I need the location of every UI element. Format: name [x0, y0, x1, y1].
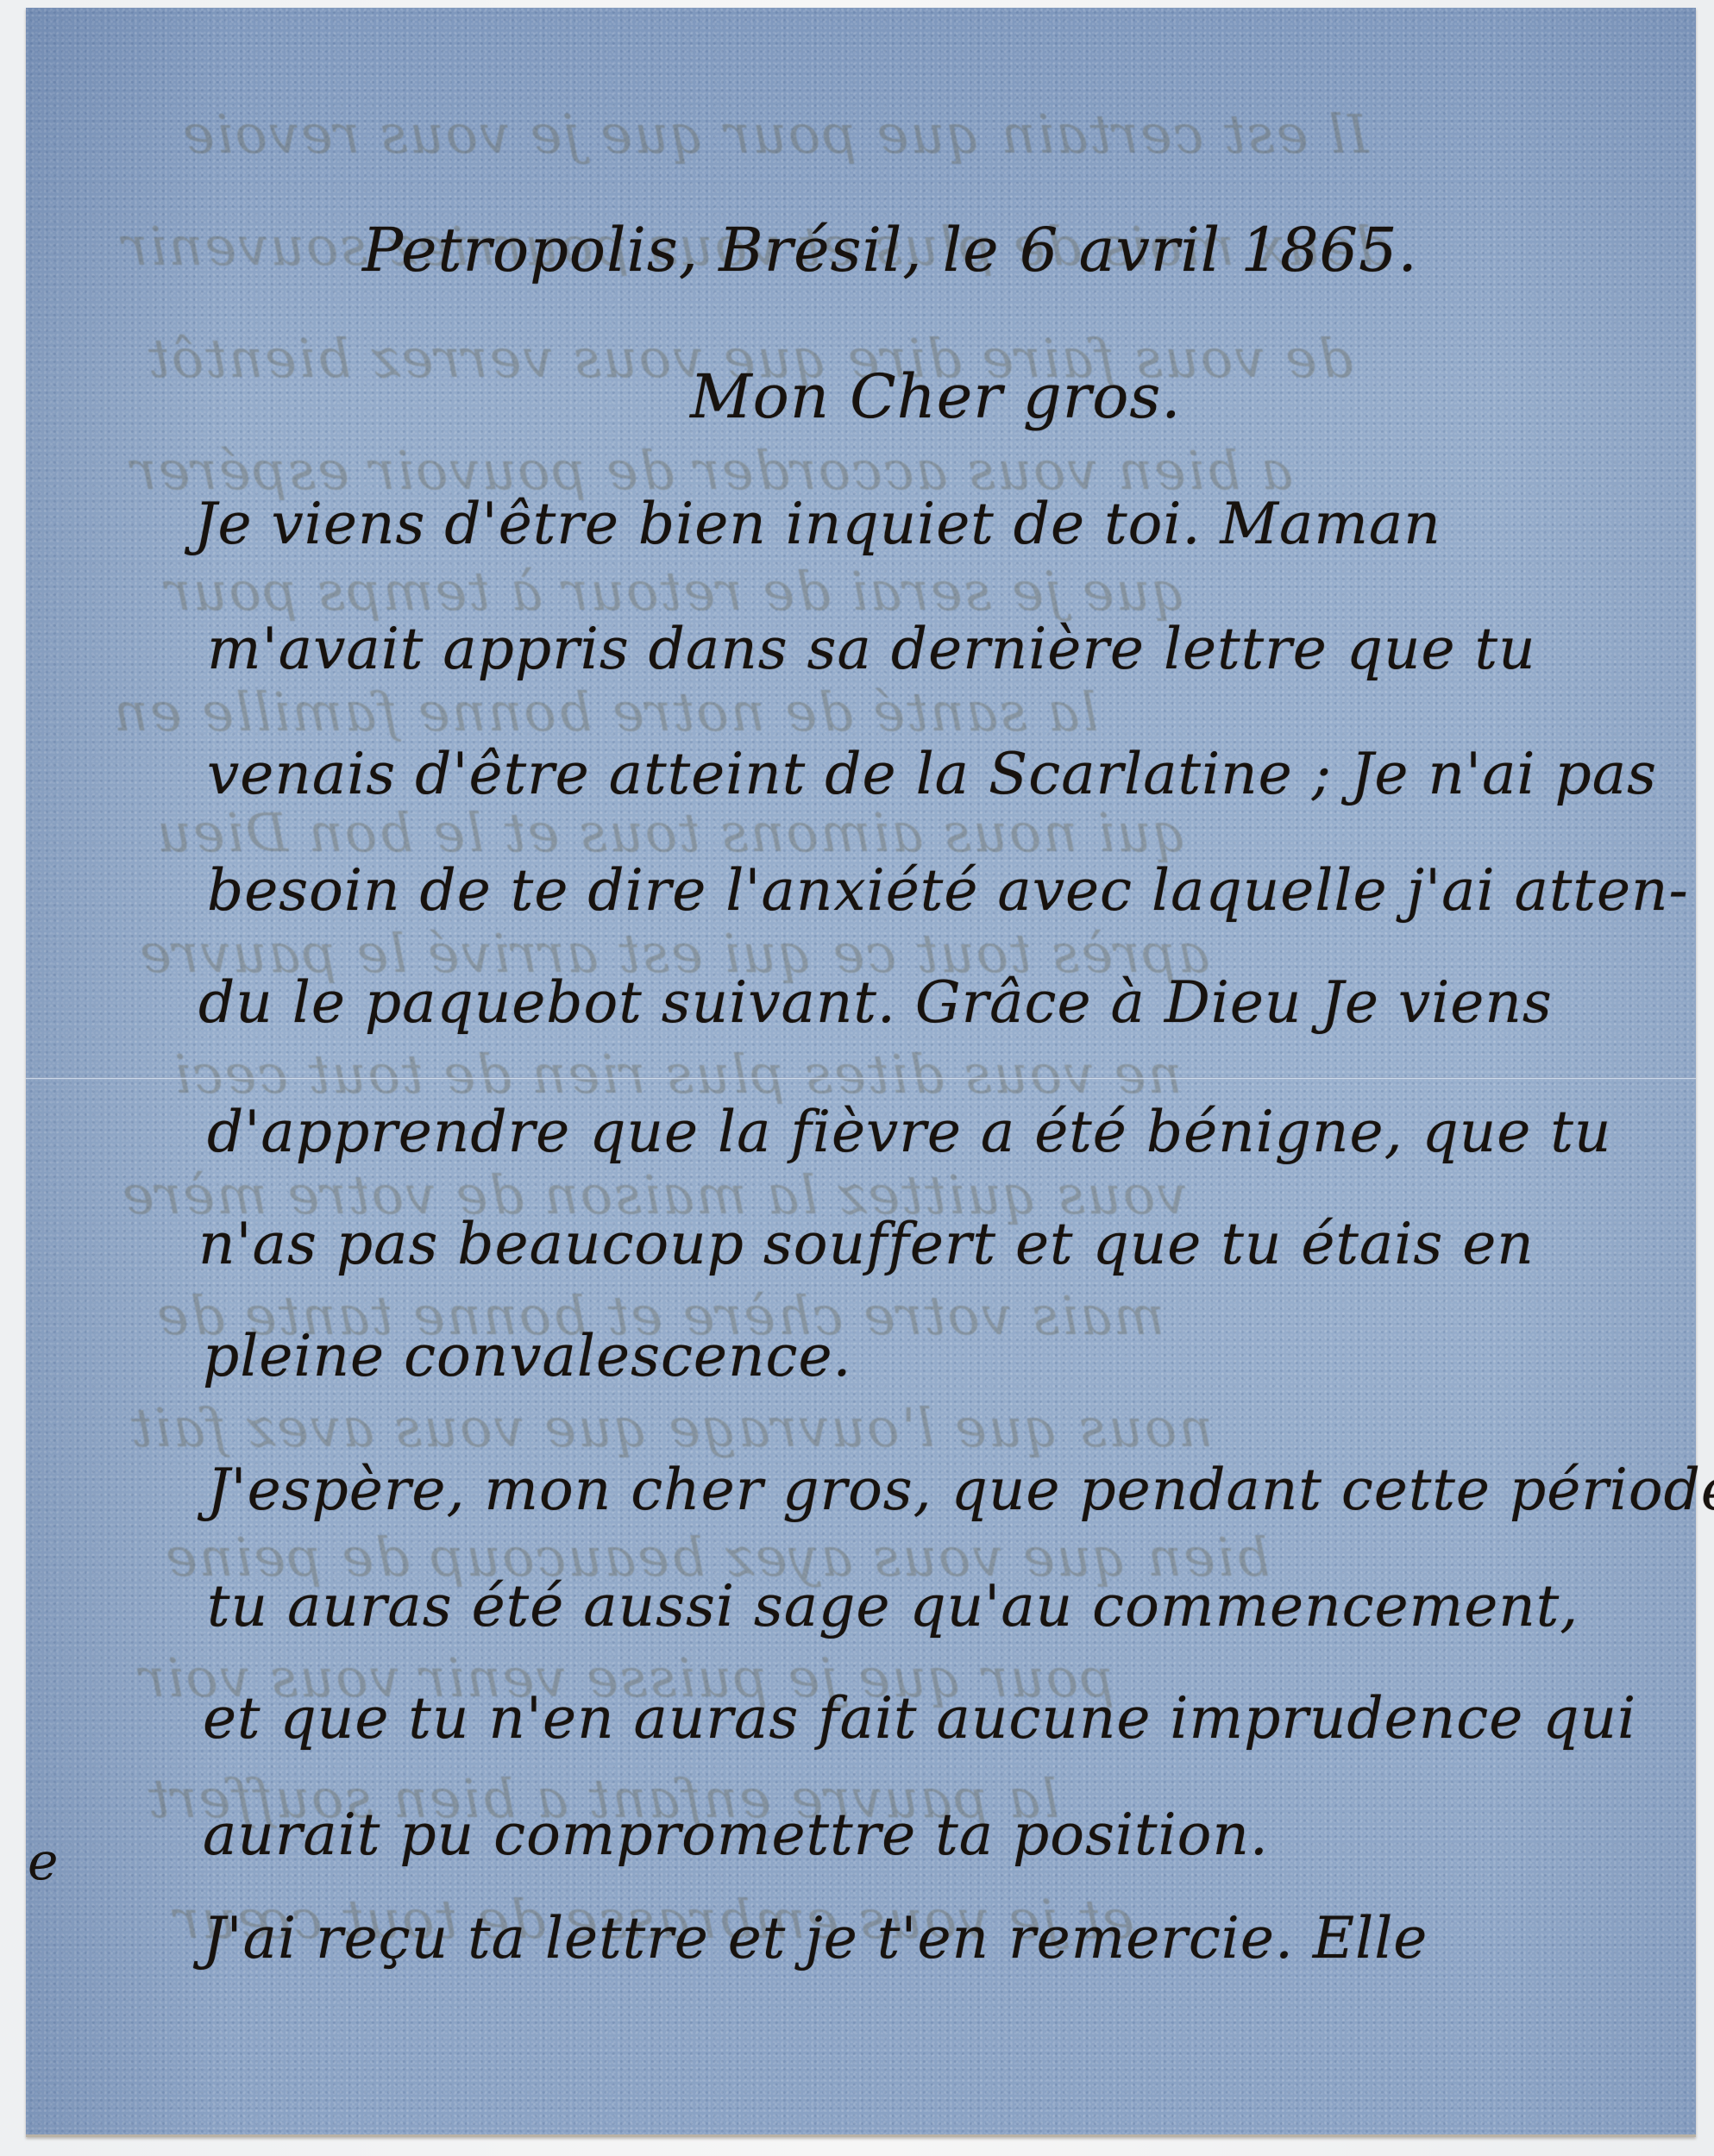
letter-line: J'ai reçu ta lettre et je t'en remercie.… — [203, 1905, 1428, 1971]
letter-line: d'apprendre que la fièvre a été bénigne,… — [207, 1099, 1611, 1165]
paper-fold-line — [26, 1077, 1696, 1080]
letter-line: aurait pu compromettre ta position. — [203, 1802, 1269, 1868]
bleed-through-text: Il est certain que pour que je vous revo… — [181, 103, 1369, 166]
margin-ink-mark: e — [28, 1832, 59, 1892]
letter-line: venais d'être atteint de la Scarlatine ;… — [207, 741, 1657, 807]
bleed-through-text: nous que l'ouvrage que vous avez fait — [129, 1396, 1213, 1459]
letter-line: besoin de te dire l'anxiété avec laquell… — [207, 857, 1689, 924]
letter-line: tu auras été aussi sage qu'au commenceme… — [207, 1573, 1579, 1639]
letter-line: pleine convalescence. — [203, 1323, 851, 1389]
letter-line: m'avait appris dans sa dernière lettre q… — [207, 616, 1536, 682]
scan-background: Il est certain que pour que je vous revo… — [0, 0, 1714, 2156]
letter-salutation: Mon Cher gros. — [690, 361, 1182, 432]
letter-heading-place-date: Petropolis, Brésil, le 6 avril 1865. — [362, 215, 1418, 285]
bleed-through-text: que je serai de retour à temps pour — [164, 560, 1186, 623]
letter-line: et que tu n'en auras fait aucune imprude… — [203, 1685, 1636, 1752]
letter-line: n'as pas beaucoup souffert et que tu éta… — [198, 1211, 1535, 1277]
letter-sheet: Il est certain que pour que je vous revo… — [26, 8, 1696, 2137]
bleed-through-text: ne vous dites plus rien de tout ceci — [173, 1043, 1182, 1106]
letter-line: du le paquebot suivant. Grâce à Dieu Je … — [198, 969, 1553, 1036]
letter-line: Je viens d'être bien inquiet de toi. Mam… — [194, 491, 1441, 557]
letter-line: J'espère, mon cher gros, que pendant cet… — [207, 1457, 1714, 1523]
bleed-through-text: la santé de notre bonne famille en — [112, 680, 1098, 743]
bleed-through-text: qui nous aimons tous et le bon Dieu — [155, 801, 1187, 864]
